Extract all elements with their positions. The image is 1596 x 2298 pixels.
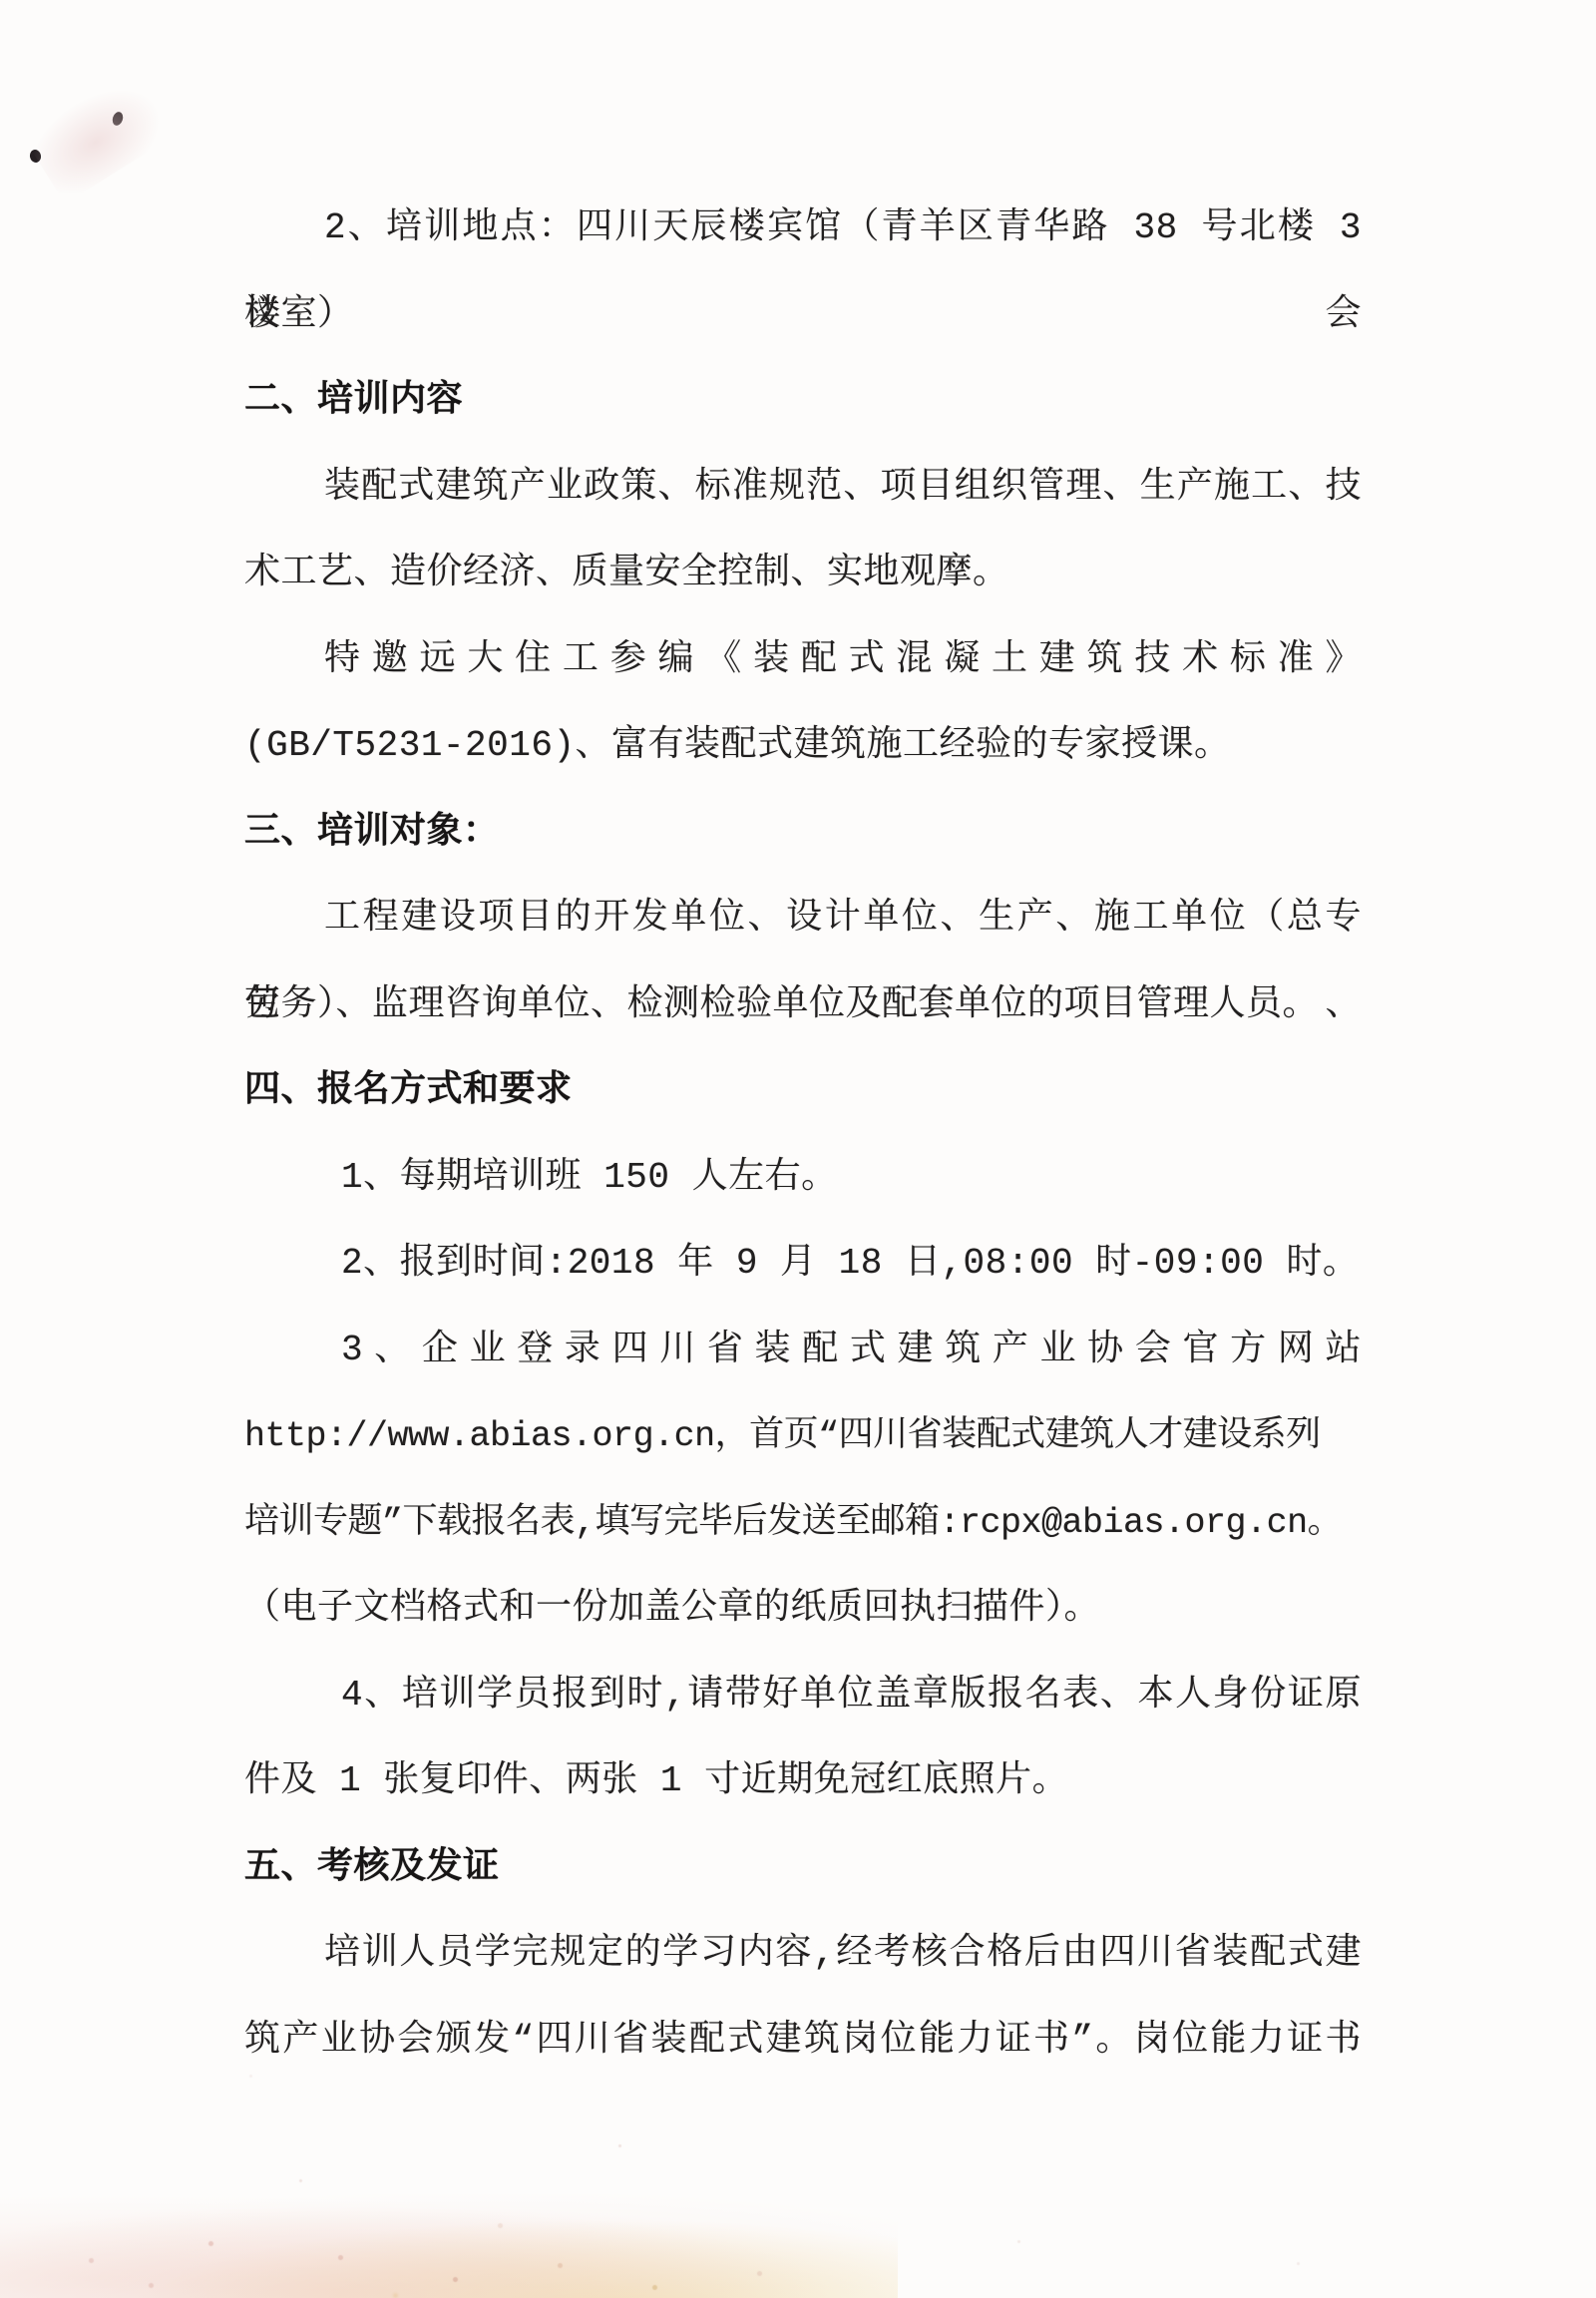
doc-line: 装配式建筑产业政策、标准规范、项目组织管理、生产施工、技 [244, 445, 1362, 532]
doc-line: 3、企业登录四川省装配式建筑产业协会官方网站 [244, 1308, 1362, 1394]
doc-line: 2、培训地点：四川天辰楼宾馆（青羊区青华路 38 号北楼 3 楼会 [244, 186, 1362, 272]
doc-line: 筑产业协会颁发“四川省装配式建筑岗位能力证书”。岗位能力证书 [244, 1998, 1362, 2085]
doc-line: 培训人员学完规定的学习内容,经考核合格后由四川省装配式建 [244, 1911, 1362, 1998]
doc-line: 件及 1 张复印件、两张 1 寸近期免冠红底照片。 [244, 1738, 1362, 1825]
document-body: 2、培训地点：四川天辰楼宾馆（青羊区青华路 38 号北楼 3 楼会 议室） 二、… [244, 186, 1362, 2084]
doc-line-email: 培训专题”下载报名表,填写完毕后发送至邮箱:rcpx@abias.org.cn。 [244, 1480, 1362, 1567]
doc-line: 特邀远大住工参编《装配式混凝土建筑技术标准》 [244, 617, 1362, 704]
section-heading: 三、培训对象： [244, 790, 1362, 877]
scan-smudge [23, 68, 176, 204]
scan-smudge [0, 2194, 898, 2298]
doc-line: 工程建设项目的开发单位、设计单位、生产、施工单位（总专包、 [244, 876, 1362, 962]
section-heading: 四、报名方式和要求 [244, 1048, 1362, 1135]
doc-line: 2、报到时间:2018 年 9 月 18 日,08:00 时-09:00 时。 [244, 1221, 1362, 1308]
doc-line: 4、培训学员报到时,请带好单位盖章版报名表、本人身份证原 [244, 1653, 1362, 1739]
section-heading: 二、培训内容 [244, 358, 1362, 445]
doc-line: 术工艺、造价经济、质量安全控制、实地观摩。 [244, 531, 1362, 617]
doc-line-url: http://www.abias.org.cn，首页“四川省装配式建筑人才建设系… [244, 1393, 1362, 1480]
doc-line: 劳务）、监理咨询单位、检测检验单位及配套单位的项目管理人员。 [244, 962, 1362, 1049]
doc-line: （电子文档格式和一份加盖公章的纸质回执扫描件）。 [244, 1566, 1362, 1653]
doc-line: (GB/T5231-2016)、富有装配式建筑施工经验的专家授课。 [244, 703, 1362, 790]
doc-line: 1、每期培训班 150 人左右。 [244, 1135, 1362, 1222]
scan-speckles [0, 0, 3, 3]
document-page: 2、培训地点：四川天辰楼宾馆（青羊区青华路 38 号北楼 3 楼会 议室） 二、… [0, 0, 1596, 2298]
section-heading: 五、考核及发证 [244, 1825, 1362, 1912]
